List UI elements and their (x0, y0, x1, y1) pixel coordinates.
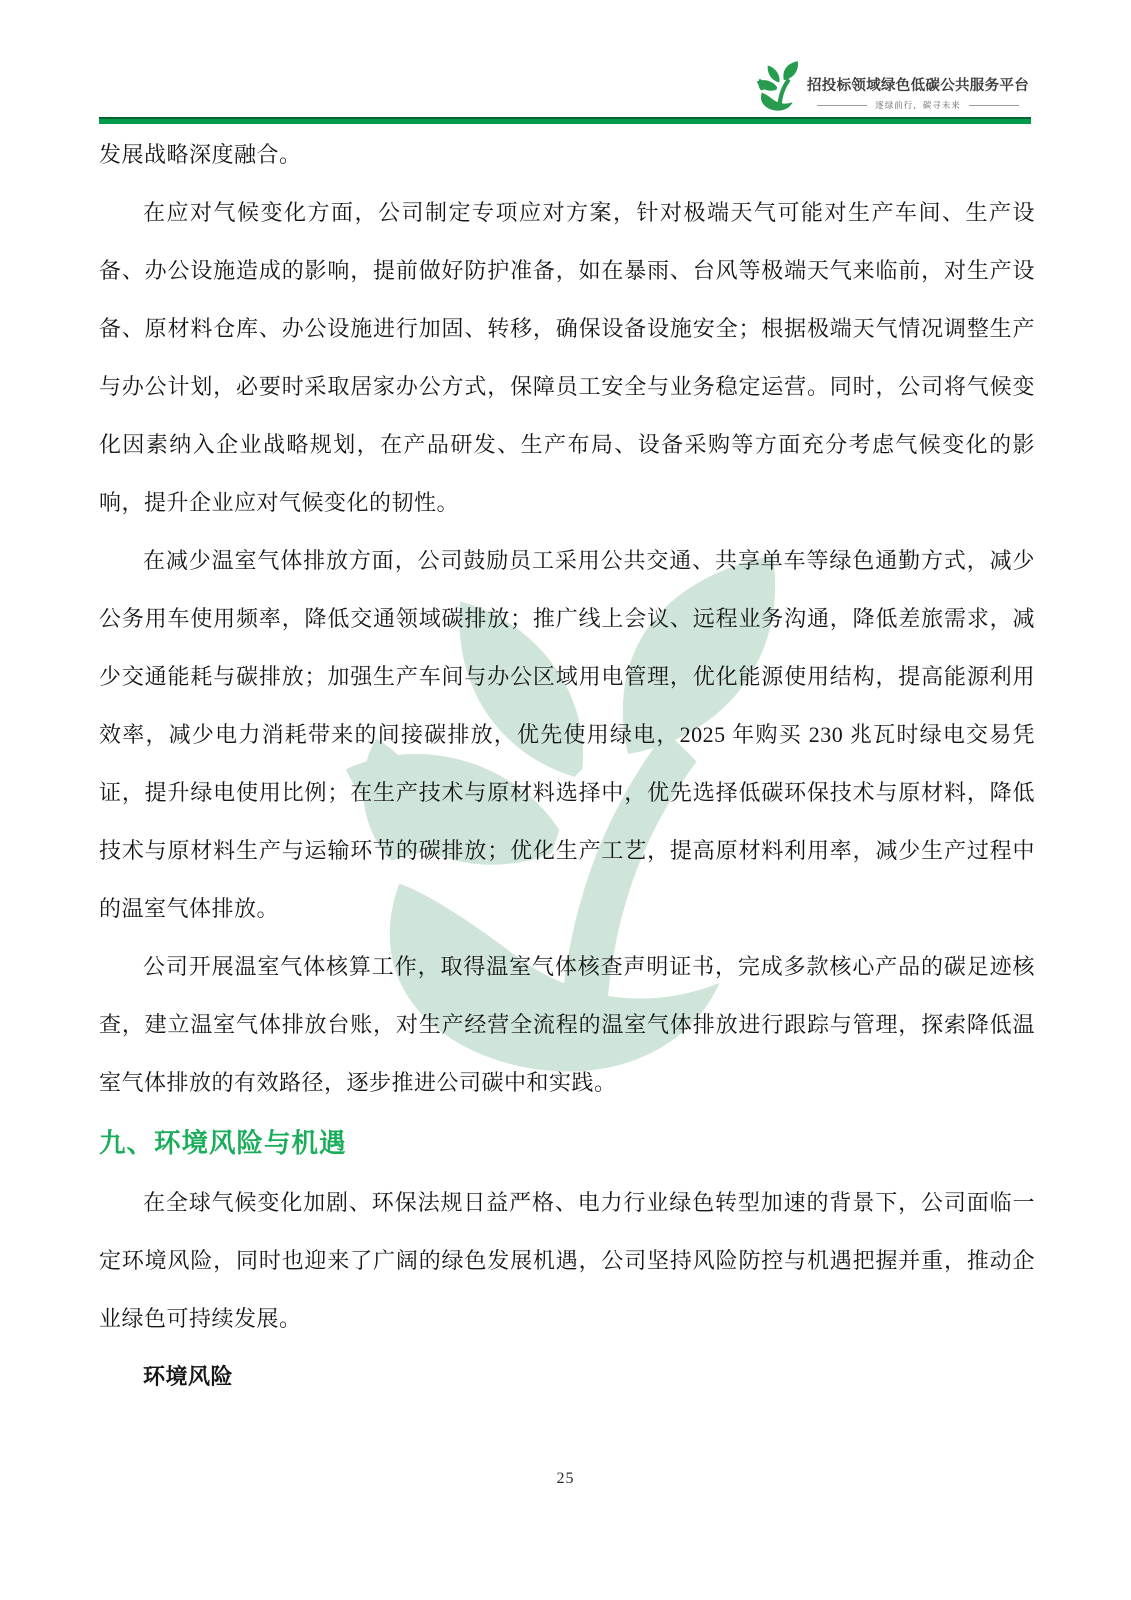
tagline-right-dash (969, 105, 1019, 106)
header-divider (99, 117, 1031, 124)
platform-tagline: 逐绿前行，碳寻未来 (807, 99, 1029, 111)
page-footer: 25 (0, 1470, 1131, 1488)
section-heading-risk-opportunity: 九、环境风险与机遇 (99, 1112, 1035, 1174)
page-body: 发展战略深度融合。 在应对气候变化方面，公司制定专项应对方案，针对极端天气可能对… (99, 126, 1035, 1406)
page-number: 25 (557, 1470, 575, 1487)
sprout-in-hand-icon (756, 60, 800, 112)
platform-brand: 招投标领域绿色低碳公共服务平台 逐绿前行，碳寻未来 (756, 60, 1029, 112)
paragraph-risk-opportunity-intro: 在全球气候变化加剧、环保法规日益严格、电力行业绿色转型加速的背景下，公司面临一定… (99, 1174, 1035, 1348)
paragraph-ghg-accounting: 公司开展温室气体核算工作，取得温室气体核查声明证书，完成多款核心产品的碳足迹核查… (99, 938, 1035, 1112)
tagline-left-dash (817, 105, 867, 106)
platform-title: 招投标领域绿色低碳公共服务平台 (807, 74, 1029, 95)
subsection-heading-environment-risk: 环境风险 (99, 1348, 1035, 1406)
document-page: 招投标领域绿色低碳公共服务平台 逐绿前行，碳寻未来 发展战略深度融合。 在应对气… (0, 0, 1131, 1600)
paragraph-ghg-reduction: 在减少温室气体排放方面，公司鼓励员工采用公共交通、共享单车等绿色通勤方式，减少公… (99, 532, 1035, 938)
tagline-text: 逐绿前行，碳寻未来 (875, 99, 961, 111)
brand-text: 招投标领域绿色低碳公共服务平台 逐绿前行，碳寻未来 (807, 60, 1029, 111)
paragraph-continuation: 发展战略深度融合。 (99, 126, 1035, 184)
paragraph-climate-adaptation: 在应对气候变化方面，公司制定专项应对方案，针对极端天气可能对生产车间、生产设备、… (99, 184, 1035, 532)
